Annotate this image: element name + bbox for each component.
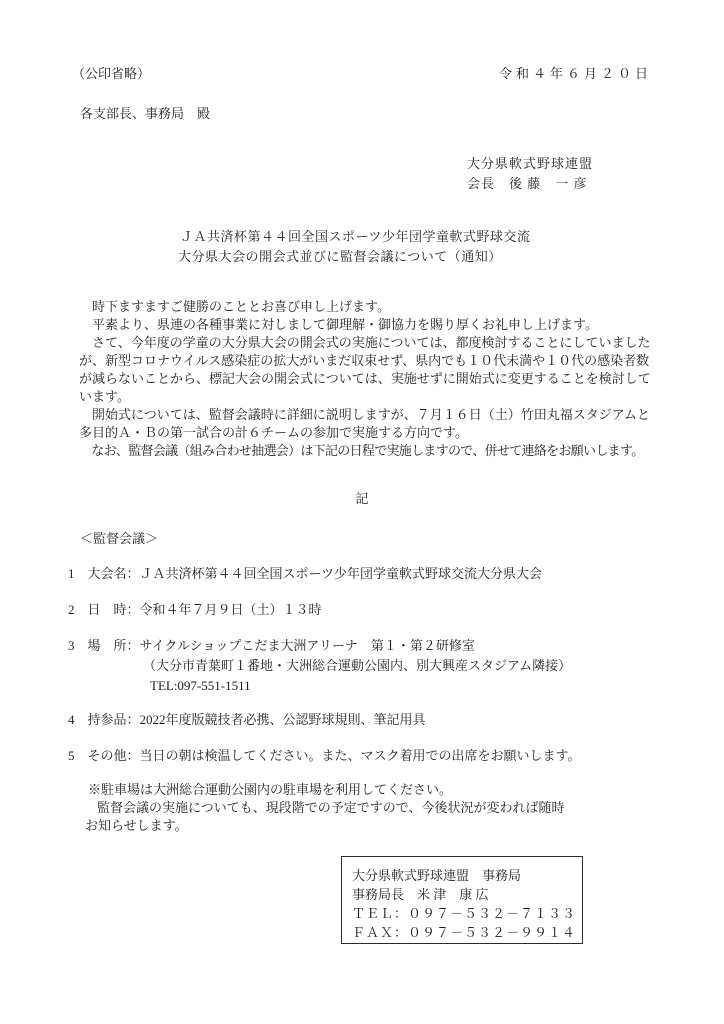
body-line: 多目的Ａ・Ｂの第一試合の計６チームの参加で実施する方向です。 bbox=[79, 425, 468, 440]
note-schedule-change-cont: お知らせします。 bbox=[85, 818, 188, 833]
note-schedule-change: 監督会議の実施についても、現段階での予定ですので、今後状況が変われば随時 bbox=[97, 800, 564, 815]
list-item-place: 3 場 所：サイクルショップこだま大洲アリーナ 第１・第２研修室 bbox=[68, 638, 475, 653]
body-line: います。 bbox=[79, 389, 130, 404]
contact-office: 大分県軟式野球連盟 事務局 bbox=[352, 866, 582, 885]
body-line: さて、今年度の学童の大分県大会の開会式の実施については、都度検討することにしてい… bbox=[79, 335, 650, 350]
body-line: 平素より、県連の各種事業に対しまして御理解・御協力を賜り厚くお礼申し上げます。 bbox=[79, 317, 598, 332]
record-marker: 記 bbox=[0, 491, 724, 506]
contact-fax: ＦＡＸ：０９７－５３２－９９１４ bbox=[352, 923, 582, 942]
contact-box: 大分県軟式野球連盟 事務局 事務局長 米 津 康 広 ＴＥＬ：０９７－５３２－７… bbox=[341, 856, 583, 944]
list-item-place-address: （大分市青葉町１番地・大洲総合運動公園内、別大興産スタジアム隣接） bbox=[143, 658, 571, 673]
body-line: 時下ますますご健勝のこととお喜び申し上げます。 bbox=[79, 299, 390, 314]
body-line: なお、監督会議（組み合わせ抽選会）は下記の日程で実施しますので、併せて連絡をお願… bbox=[79, 443, 644, 458]
body-line: 開始式については、監督会議時に詳細に説明しますが、７月１６日（土）竹田丸福スタジ… bbox=[79, 407, 650, 422]
list-item-other: 5 その他：当日の朝は検温してください。また、マスク着用での出席をお願いします。 bbox=[68, 748, 580, 763]
sender-organization: 大分県軟式野球連盟 bbox=[467, 156, 593, 171]
recipient-line: 各支部長、事務局 殿 bbox=[80, 106, 210, 121]
section-heading: ＜監督会議＞ bbox=[80, 531, 158, 546]
list-item-date-time: 2 日 時：令和４年７月９日（土）１３時 bbox=[68, 602, 322, 617]
body-line: が、新型コロナウイルス感染症の拡大がいまだ収束せず、県内でも１０代未満や１０代の… bbox=[79, 353, 649, 368]
sender-president: 会長 後 藤 一 彦 bbox=[467, 176, 588, 191]
document-page: （公印省略） 令和４年６月２０日 各支部長、事務局 殿 大分県軟式野球連盟 会長… bbox=[0, 0, 724, 1024]
list-item-tournament-name: 1 大会名：ＪＡ共済杯第４４回全国スポーツ少年団学童軟式野球交流大分県大会 bbox=[68, 566, 542, 581]
list-item-place-tel: TEL:097-551-1511 bbox=[150, 678, 251, 693]
seal-omitted-note: （公印省略） bbox=[72, 66, 150, 81]
contact-office-chief: 事務局長 米 津 康 広 bbox=[352, 885, 582, 904]
body-line: が減らないことから、標記大会の開会式については、実施せずに開始式に変更することを… bbox=[79, 371, 651, 386]
note-parking: ※駐車場は大洲総合運動公園内の駐車場を利用してください。 bbox=[88, 782, 452, 797]
list-item-bring: 4 持参品：2022年度版競技者必携、公認野球規則、筆記用具 bbox=[68, 712, 426, 727]
document-title-line2: 大分県大会の開会式並びに監督会議について（通知） bbox=[178, 249, 502, 264]
document-date: 令和４年６月２０日 bbox=[499, 66, 652, 81]
contact-tel: ＴＥＬ：０９７－５３２－７１３３ bbox=[352, 904, 582, 923]
document-title-line1: ＪＡ共済杯第４４回全国スポーツ少年団学童軟式野球交流 bbox=[180, 229, 530, 244]
